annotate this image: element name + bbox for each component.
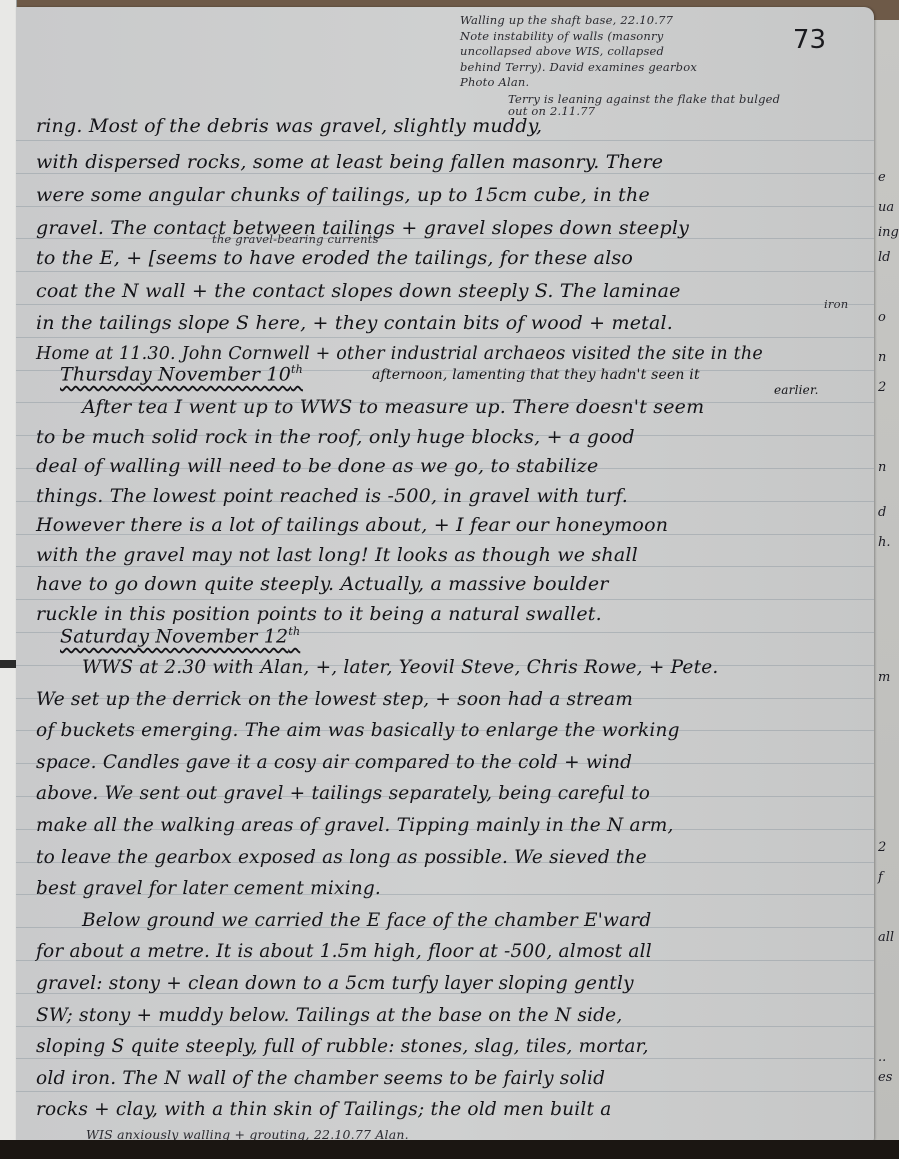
text-line: WWS at 2.30 with Alan, +, later, Yeovil … xyxy=(82,657,718,678)
photo-caption-note: Terry is leaning against the flake that … xyxy=(508,93,780,117)
ruled-line xyxy=(16,1091,874,1092)
ruled-line xyxy=(16,599,874,600)
adjacent-page-fragment: n xyxy=(878,460,886,475)
caption-line: uncollapsed above WIS, collapsed xyxy=(460,44,697,60)
adjacent-page-fragment: .. xyxy=(878,1050,886,1065)
text-line: in the tailings slope S here, + they con… xyxy=(36,312,673,334)
adjacent-page-fragment: h. xyxy=(878,535,891,550)
page-number: 73 xyxy=(793,25,826,55)
heading-text: Saturday November 12 xyxy=(60,625,288,647)
text-line: space. Candles gave it a cosy air compar… xyxy=(36,752,632,773)
text-line: things. The lowest point reached is -500… xyxy=(36,485,628,507)
ruled-line xyxy=(16,206,874,207)
ruled-line xyxy=(16,1058,874,1059)
text-line: of buckets emerging. The aim was basical… xyxy=(36,720,680,741)
text-line: coat the N wall + the contact slopes dow… xyxy=(36,280,681,302)
heading-ordinal: th xyxy=(291,363,303,376)
text-line: with dispersed rocks, some at least bein… xyxy=(36,151,663,173)
adjacent-page-fragment: m xyxy=(878,670,890,685)
caption-line: behind Terry). David examines gearbox xyxy=(460,60,697,76)
text-line: ruckle in this position points to it bei… xyxy=(36,603,602,625)
insertion-afternoon: afternoon, lamenting that they hadn't se… xyxy=(372,367,700,383)
text-line: Home at 11.30. John Cornwell + other ind… xyxy=(36,344,763,364)
adjacent-page-fragment: 2 xyxy=(878,380,886,395)
ruled-line xyxy=(16,271,874,272)
entry-date-heading: Saturday November 12th xyxy=(60,625,300,647)
text-line: to leave the gearbox exposed as long as … xyxy=(36,847,647,868)
photo-caption-top: Walling up the shaft base, 22.10.77 Note… xyxy=(460,13,697,91)
text-line: sloping S quite steeply, full of rubble:… xyxy=(36,1036,649,1057)
insertion-note: the gravel-bearing currents xyxy=(212,232,379,246)
adjacent-page-fragment: ua xyxy=(878,200,894,215)
adjacent-page-fragment: f xyxy=(878,870,883,885)
adjacent-page-fragment: d xyxy=(878,505,886,520)
text-line: make all the walking areas of gravel. Ti… xyxy=(36,815,674,836)
binder-clip xyxy=(0,660,16,668)
previous-page-edge xyxy=(0,0,17,1159)
ruled-line xyxy=(16,304,874,305)
caption-line: Photo Alan. xyxy=(460,75,697,91)
text-line: were some angular chunks of tailings, up… xyxy=(36,184,650,206)
insertion-earlier: earlier. xyxy=(774,383,819,397)
adjacent-page-fragment: ld xyxy=(878,250,890,265)
text-line: We set up the derrick on the lowest step… xyxy=(36,689,633,710)
text-line: above. We sent out gravel + tailings sep… xyxy=(36,783,650,804)
insertion-iron: iron xyxy=(824,297,848,311)
caption-line: out on 2.11.77 xyxy=(508,105,780,117)
adjacent-page-fragment: n xyxy=(878,350,886,365)
entry-date-heading: Thursday November 10th xyxy=(60,363,303,385)
ruled-line xyxy=(16,566,874,567)
ruled-line xyxy=(16,140,874,141)
adjacent-page-fragment: all xyxy=(878,930,894,945)
text-line: rocks + clay, with a thin skin of Tailin… xyxy=(36,1099,611,1120)
text-line: old iron. The N wall of the chamber seem… xyxy=(36,1068,605,1089)
adjacent-page-fragment: o xyxy=(878,310,886,325)
text-line: Below ground we carried the E face of th… xyxy=(82,910,651,931)
adjacent-page-fragment: 2 xyxy=(878,840,886,855)
adjacent-page-fragment: ing xyxy=(878,225,899,240)
adjacent-page-fragment: e xyxy=(878,170,886,185)
text-line: best gravel for later cement mixing. xyxy=(36,878,381,899)
text-line: However there is a lot of tailings about… xyxy=(36,514,668,536)
adjacent-page: euaingldon2ndh.m2fall..es xyxy=(872,20,899,1140)
text-line: for about a metre. It is about 1.5m high… xyxy=(36,941,652,962)
text-line: ring. Most of the debris was gravel, sli… xyxy=(36,115,542,137)
text-line: After tea I went up to WWS to measure up… xyxy=(82,396,704,418)
caption-line: Note instability of walls (masonry xyxy=(460,29,697,45)
text-line: gravel: stony + clean down to a 5cm turf… xyxy=(36,973,634,994)
ruled-line xyxy=(16,337,874,338)
text-line: with the gravel may not last long! It lo… xyxy=(36,544,638,566)
adjacent-page-fragment: es xyxy=(878,1070,892,1085)
ruled-line xyxy=(16,173,874,174)
text-line: have to go down quite steeply. Actually,… xyxy=(36,573,609,595)
text-line: deal of walling will need to be done as … xyxy=(36,455,598,477)
heading-text: Thursday November 10 xyxy=(60,363,291,385)
table-surface xyxy=(0,1140,899,1159)
heading-ordinal: th xyxy=(288,625,300,638)
text-line: to be much solid rock in the roof, only … xyxy=(36,426,635,448)
notebook-page: Walling up the shaft base, 22.10.77 Note… xyxy=(16,7,874,1147)
caption-line: Walling up the shaft base, 22.10.77 xyxy=(460,13,697,29)
text-line: SW; stony + muddy below. Tailings at the… xyxy=(36,1005,622,1026)
ruled-line xyxy=(16,1026,874,1027)
text-line: to the E, + [seems to have eroded the ta… xyxy=(36,247,633,269)
